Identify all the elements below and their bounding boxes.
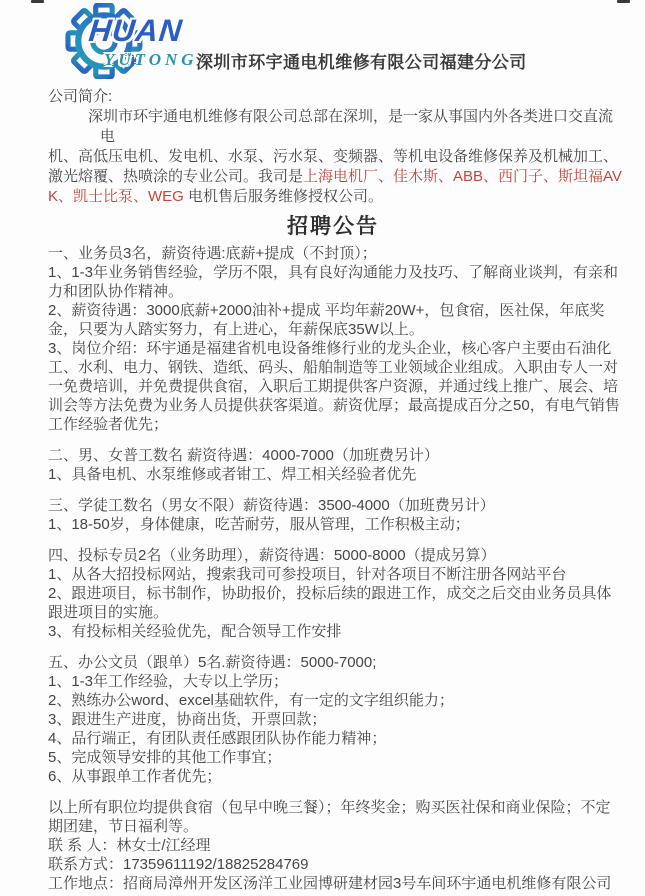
- text-line: 2、薪资待遇：3000底薪+2000油补+提成 平均年薪20W+，包食宿，医社保…: [48, 301, 618, 320]
- company-intro-label: 公司简介:: [48, 87, 618, 107]
- text-line: 4、品行端正，有团队责任感跟团队协作能力精神；: [48, 729, 618, 748]
- job-section: 二、男、女普工数名 薪资待遇：4000-7000（加班费另计）1、具备电机、水泵…: [48, 446, 618, 484]
- brand-names-red: 上海电机厂、佳木斯、ABB、西门子、斯坦福AV: [303, 168, 622, 185]
- document-body: 公司简介: 深圳市环宇通电机维修有限公司总部在深圳，是一家从事国内外各类进口交直…: [0, 87, 645, 893]
- text-line: 1、具备电机、水泵维修或者钳工、焊工相关经验者优先: [48, 465, 618, 484]
- logo-text-yutong: YUTONG: [104, 51, 198, 68]
- text-line: 5、完成领导安排的其他工作事宜；: [48, 748, 618, 767]
- intro-line: 电: [100, 127, 618, 147]
- intro-line: 机、高低压电机、发电机、水泵、污水泵、变频器、等机电设备维修保养及机械加工、: [48, 147, 618, 167]
- text-line: 联 系 人：林女士/江经理: [48, 836, 618, 855]
- text-line: 1、1-3年工作经验，大专以上学历；: [48, 672, 618, 691]
- text-line: 二、男、女普工数名 薪资待遇：4000-7000（加班费另计）: [48, 446, 618, 465]
- job-section: 一、业务员3名，薪资待遇:底薪+提成（不封顶）；1、1-3年业务销售经验，学历不…: [48, 244, 618, 434]
- text-line: 2、跟进项目，标书制作，协助报价，投标后续的跟进工作，成交之后交由业务员具体: [48, 584, 618, 603]
- intro-line: 深圳市环宇通电机维修有限公司总部在深圳，是一家从事国内外各类进口交直流: [88, 107, 618, 127]
- text-line: 1、从各大招投标网站，搜索我司可参投项目，针对各项目不断注册各网站平台: [48, 565, 618, 584]
- text-line: 力和团队协作精神。: [48, 282, 618, 301]
- company-title: 深圳市环宇通电机维修有限公司福建分公司: [196, 48, 527, 73]
- notice-title: 招聘公告: [48, 210, 618, 240]
- text-line: 6、从事跟单工作者优先；: [48, 767, 618, 786]
- intro-line: 激光熔覆、热喷涂的专业公司。我司是上海电机厂、佳木斯、ABB、西门子、斯坦福AV: [48, 167, 618, 187]
- intro-text: 激光熔覆、热喷涂的专业公司。我司是: [48, 168, 303, 185]
- job-section: 以上所有职位均提供食宿（包早中晚三餐）；年终奖金；购买医社保和商业保险；不定期团…: [48, 798, 618, 893]
- text-line: 跟进项目的实施。: [48, 603, 618, 622]
- text-line: 3、跟进生产进度，协商出货，开票回款；: [48, 710, 618, 729]
- logo-text-huan: HUAN: [87, 15, 184, 46]
- text-line: 金，只要为人踏实努力，有上进心，年薪保底35W以上。: [48, 320, 618, 339]
- job-section: 三、学徒工数名（男女不限）薪资待遇：3500-4000（加班费另计）1、18-5…: [48, 496, 618, 534]
- text-line: 工、水利、电力、钢铁、造纸、码头、船舶制造等工业领域企业组成。入职由专人一对: [48, 358, 618, 377]
- text-line: 以上所有职位均提供食宿（包早中晚三餐）；年终奖金；购买医社保和商业保险；不定: [48, 798, 618, 817]
- text-line: 五、办公文员（跟单）5名.薪资待遇：5000-7000;: [48, 653, 618, 672]
- job-section: 四、投标专员2名（业务助理），薪资待遇：5000-8000（提成另算）1、从各大…: [48, 546, 618, 641]
- text-line: 工作地点：招商局漳州开发区汤洋工业园博研建材园3号车间环宇通电机维修有限公司: [48, 874, 618, 893]
- recruitment-notice-page: HUAN YUTONG 深圳市环宇通电机维修有限公司福建分公司 公司简介: 深圳…: [0, 0, 645, 896]
- text-line: 1、18-50岁，身体健康，吃苦耐劳，服从管理，工作积极主动；: [48, 515, 618, 534]
- text-line: 1、1-3年业务销售经验，学历不限，具有良好沟通能力及技巧、了解商业谈判，有亲和: [48, 263, 618, 282]
- text-line: 一免费培训，并免费提供食宿，入职后工期提供客户资源，并通过线上推广、展会、培: [48, 377, 618, 396]
- text-line: 训会等方法免费为业务人员提供获客渠道。薪资优厚；最高提成百分之50，有电气销售: [48, 396, 618, 415]
- text-line: 工作经验者优先；: [48, 415, 618, 434]
- brand-names-red: K、凯士比泵、WEG: [48, 188, 184, 205]
- text-line: 3、岗位介绍：环宇通是福建省机电设备维修行业的龙头企业，核心客户主要由石油化: [48, 339, 618, 358]
- job-section: 五、办公文员（跟单）5名.薪资待遇：5000-7000;1、1-3年工作经验，大…: [48, 653, 618, 786]
- text-line: 三、学徒工数名（男女不限）薪资待遇：3500-4000（加班费另计）: [48, 496, 618, 515]
- text-line: 2、熟练办公word、excel基础软件，有一定的文字组织能力；: [48, 691, 618, 710]
- text-line: 联系方式：17359611192/18825284769: [48, 855, 618, 874]
- intro-text: 电机售后服务维修授权公司。: [184, 188, 383, 205]
- document-header: HUAN YUTONG 深圳市环宇通电机维修有限公司福建分公司: [0, 0, 645, 84]
- text-line: 四、投标专员2名（业务助理），薪资待遇：5000-8000（提成另算）: [48, 546, 618, 565]
- job-sections: 一、业务员3名，薪资待遇:底薪+提成（不封顶）；1、1-3年业务销售经验，学历不…: [48, 244, 618, 893]
- intro-line: K、凯士比泵、WEG 电机售后服务维修授权公司。: [48, 187, 618, 207]
- text-line: 期团建，节日福利等。: [48, 817, 618, 836]
- text-line: 3、有投标相关经验优先，配合领导工作安排: [48, 622, 618, 641]
- text-line: 一、业务员3名，薪资待遇:底薪+提成（不封顶）；: [48, 244, 618, 263]
